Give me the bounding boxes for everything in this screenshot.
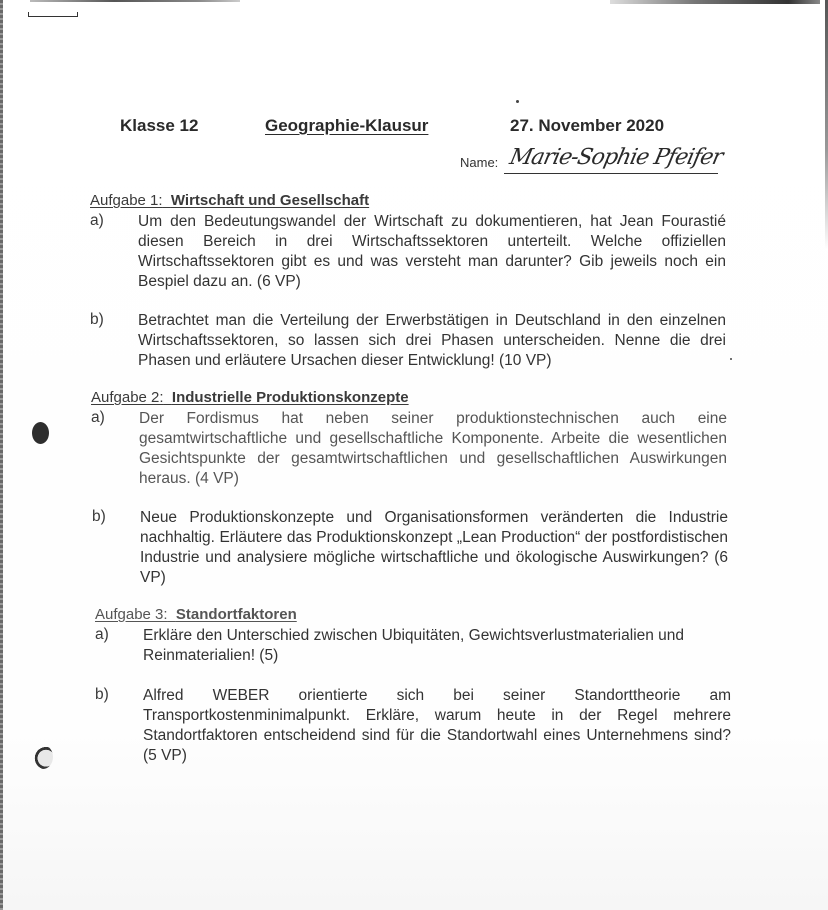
section-number: Aufgabe 1: <box>90 192 163 209</box>
corner-bracket-mark <box>28 12 78 17</box>
paper-edge-top-right <box>610 0 820 4</box>
name-field: Name: Marie-Sophie Pfeifer <box>460 147 720 175</box>
task-text: Neue Produktionskonzepte und Organisatio… <box>140 508 728 588</box>
exam-sheet: Klasse 12 Geographie-Klausur 27. Novembe… <box>0 0 828 910</box>
section-heading: Standortfaktoren <box>176 606 297 623</box>
punch-hole-icon <box>33 745 53 769</box>
task-text: Erkläre den Unterschied zwischen Ubiquit… <box>143 626 703 666</box>
section-heading: Wirtschaft und Gesellschaft <box>171 192 369 209</box>
task-label: a) <box>90 212 104 230</box>
task-label: b) <box>95 686 109 704</box>
section-title: Aufgabe 2: Industrielle Produktionskonze… <box>91 389 409 406</box>
punch-hole-icon <box>32 422 49 444</box>
paper-edge-top-left <box>30 0 240 2</box>
name-underline <box>504 173 718 174</box>
task-label: b) <box>92 508 106 526</box>
ink-speck <box>516 100 519 103</box>
class-label: Klasse 12 <box>120 116 198 136</box>
exam-title: Geographie-Klausur <box>265 116 428 136</box>
ink-speck <box>730 358 732 360</box>
section-title: Aufgabe 1: Wirtschaft und Gesellschaft <box>90 192 369 209</box>
section-number: Aufgabe 2: <box>91 389 164 406</box>
handwritten-name: Marie-Sophie Pfeifer <box>507 145 724 170</box>
task-text: Der Fordismus hat neben seiner produktio… <box>139 409 727 489</box>
section-heading: Industrielle Produktionskonzepte <box>172 389 409 406</box>
name-label: Name: <box>460 155 498 170</box>
task-text: Um den Bedeutungswandel der Wirtschaft z… <box>138 212 726 292</box>
exam-date: 27. November 2020 <box>510 116 664 136</box>
task-label: a) <box>91 409 105 427</box>
section-title: Aufgabe 3: Standortfaktoren <box>95 606 297 623</box>
task-label: b) <box>90 311 104 329</box>
task-text: Alfred WEBER orientierte sich bei seiner… <box>143 686 731 766</box>
exam-header: Klasse 12 Geographie-Klausur 27. Novembe… <box>0 116 828 140</box>
task-text: Betrachtet man die Verteilung der Erwerb… <box>138 311 726 371</box>
section-number: Aufgabe 3: <box>95 606 168 623</box>
task-label: a) <box>95 626 109 644</box>
